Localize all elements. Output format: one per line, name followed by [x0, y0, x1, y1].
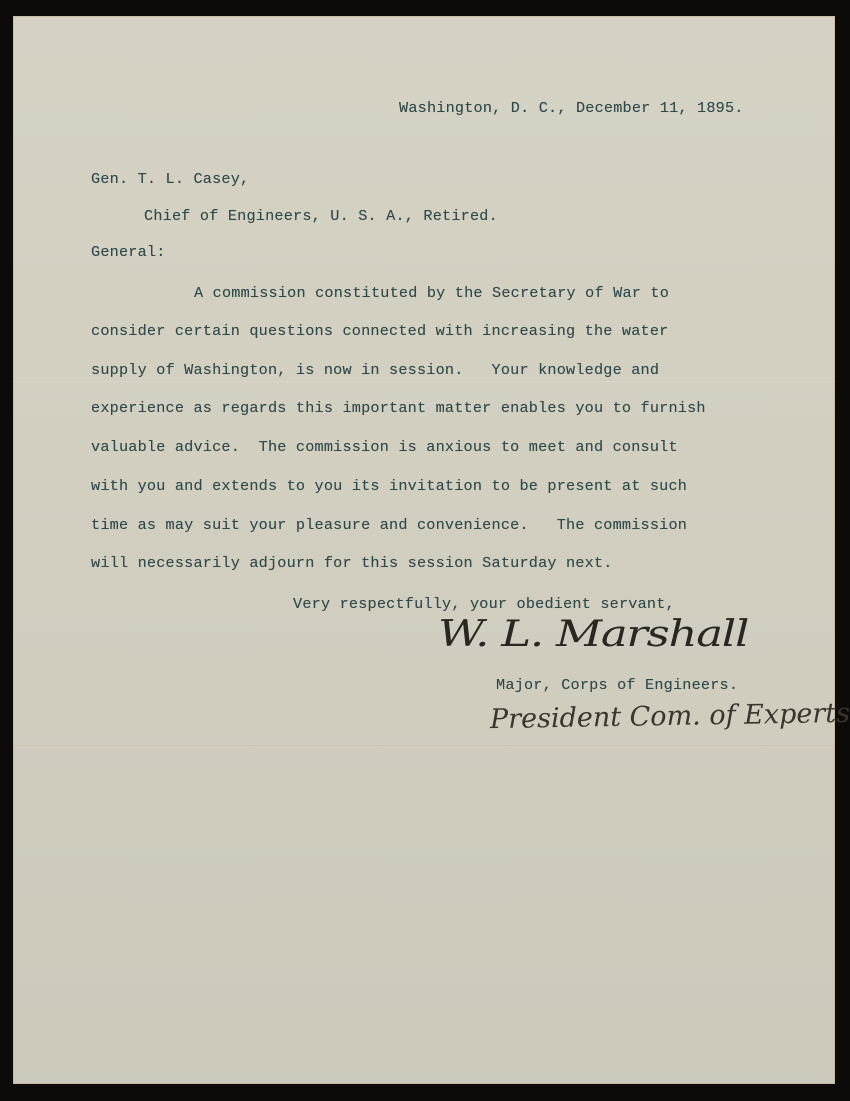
handwritten-note: President Com. of Experts: [490, 698, 850, 735]
body-line: time as may suit your pleasure and conve…: [91, 516, 687, 534]
body-line: supply of Washington, is now in session.…: [91, 361, 659, 379]
body-line: experience as regards this important mat…: [91, 399, 706, 417]
body-line: A commission constituted by the Secretar…: [194, 284, 669, 302]
dateline: Washington, D. C., December 11, 1895.: [399, 99, 744, 117]
letter-page: Washington, D. C., December 11, 1895. Ge…: [13, 16, 835, 1084]
body-line: valuable advice. The commission is anxio…: [91, 438, 678, 456]
signature: W. L. Marshall: [438, 614, 748, 655]
recipient-title: Chief of Engineers, U. S. A., Retired.: [144, 207, 498, 225]
body-line: will necessarily adjourn for this sessio…: [91, 554, 613, 572]
recipient-name: Gen. T. L. Casey,: [91, 170, 249, 188]
body-line: consider certain questions connected wit…: [91, 322, 668, 340]
salutation: General:: [91, 243, 166, 261]
closing: Very respectfully, your obedient servant…: [293, 595, 675, 613]
fold-line-upper: [13, 380, 835, 382]
fold-line-lower: [13, 745, 835, 747]
body-line: with you and extends to you its invitati…: [91, 477, 687, 495]
signer-title: Major, Corps of Engineers.: [496, 676, 738, 694]
